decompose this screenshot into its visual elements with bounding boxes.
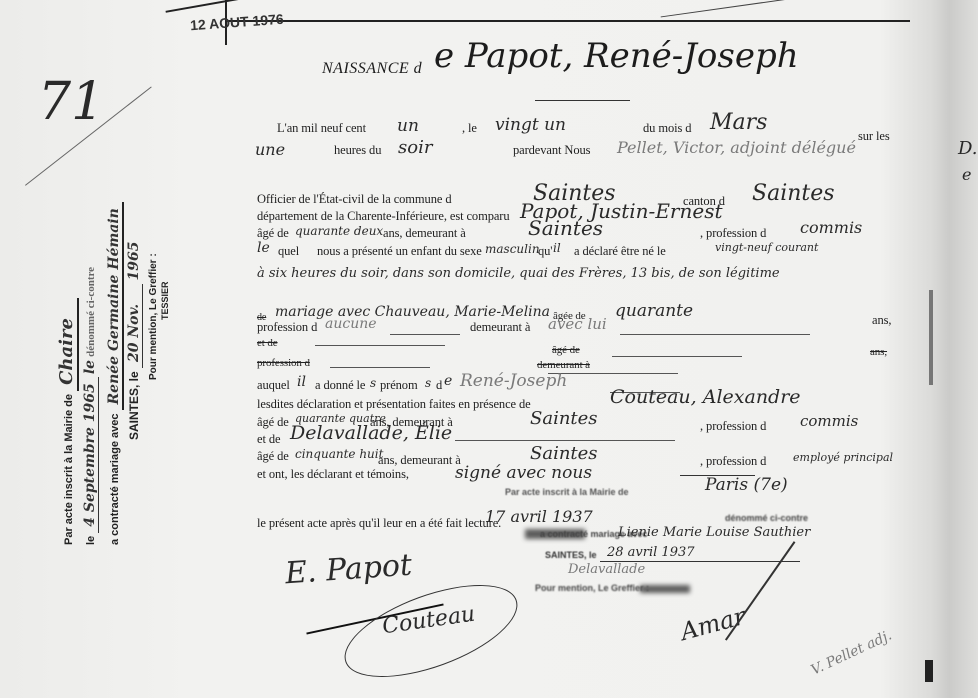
- margin-line2-hw: 4 Septembre 1965: [82, 377, 99, 533]
- declarant-age-hw: quarante deux: [295, 224, 383, 238]
- declarant-residence-hw: Saintes: [528, 216, 603, 240]
- margin-line2-prefix: le: [85, 536, 97, 545]
- line12-donne: a donné le: [315, 378, 365, 393]
- line9-rule2: [620, 334, 810, 335]
- line6-declare: a déclaré être né le: [574, 244, 666, 259]
- line11-struck-demeurant: demeurant à: [537, 359, 590, 371]
- line1-sur-les: sur les: [858, 129, 890, 144]
- line11-struck-profession: profession d: [257, 357, 310, 369]
- margin-line3-printed: a contracté mariage avec: [109, 414, 121, 545]
- line1-comma-le: , le: [462, 121, 477, 136]
- margin-line1-hw: Chaire: [56, 298, 79, 391]
- line1-mois: du mois d: [643, 121, 691, 136]
- line15-et-de: et de: [257, 432, 280, 447]
- margin-line4-printed: SAINTES, le: [127, 371, 141, 440]
- officer-signature: V. Pellet adj.: [809, 627, 895, 678]
- stamp-line5: Pour mention, Le Greffier :: [535, 583, 649, 593]
- line8-ans: ans,: [872, 313, 891, 328]
- line10-rule1: [315, 345, 445, 346]
- line4-departement: département de la Charente-Inférieure, e…: [257, 209, 510, 224]
- witness1-residence-hw: Saintes: [530, 408, 598, 429]
- line12-pronoun-hw: il: [297, 374, 306, 390]
- line16-profession: , profession d: [700, 454, 766, 469]
- mother-age-hw: quarante: [615, 301, 693, 321]
- line14-age-de: âgé de: [257, 415, 289, 430]
- title-printed: NAISSANCE d: [322, 60, 422, 78]
- line9-profession: profession d: [257, 320, 317, 335]
- title-handwritten: e Papot, René-Joseph: [434, 36, 799, 76]
- margin-line4-hw: 20 Nov.: [126, 284, 143, 368]
- canton-hw: Saintes: [752, 181, 835, 206]
- top-rule: [225, 20, 910, 22]
- line16-demeurant: ans, demeurant à: [378, 453, 461, 468]
- margin-line3: a contracté mariage avec Renée Germaine …: [106, 202, 122, 545]
- title-underline: [535, 100, 630, 101]
- margin-line5: Pour mention, Le Greffier :: [148, 253, 159, 380]
- margin-line2-hw2: le: [82, 360, 98, 374]
- birth-date-hw: vingt-neuf courant: [715, 241, 818, 254]
- line5-age-de: âgé de: [257, 226, 289, 241]
- line12-auquel: auquel: [257, 378, 290, 393]
- witness2-signature: Amar: [677, 602, 748, 646]
- witness1-hw: Couteau, Alexandre: [610, 386, 801, 408]
- line10-struck-et-de: et de: [257, 337, 278, 349]
- line14-profession: , profession d: [700, 419, 766, 434]
- line6-presente: nous a présenté un enfant du sexe: [317, 244, 482, 259]
- register-number: 71: [38, 72, 104, 132]
- line11-rule2: [548, 373, 678, 374]
- witness2-hw: Delavallade, Élie: [290, 422, 452, 444]
- line12-s1-hw: s: [370, 376, 376, 390]
- period-hw: soir: [398, 137, 432, 158]
- line5-profession: , profession d: [700, 226, 766, 241]
- mother-residence-hw: avec lui: [548, 315, 607, 333]
- birth-month-hw: Mars: [710, 110, 767, 135]
- father-signature: E. Papot: [284, 548, 413, 592]
- stamp-line1-hw: Paris (7e): [705, 475, 788, 495]
- witness2-residence-hw: Saintes: [530, 443, 598, 464]
- signed-hw: signé avec nous: [455, 463, 592, 483]
- line18-lecture: le présent acte après qu'il leur en a ét…: [257, 516, 501, 531]
- witness2-profession-hw: employé principal: [793, 451, 893, 464]
- line10-rule2: [612, 356, 742, 357]
- birth-day-hw: vingt un: [495, 115, 566, 135]
- top-flourish: [166, 0, 255, 13]
- margin-line2: le 4 Septembre 1965 le dénommé ci-contre: [82, 267, 98, 545]
- birth-year-hw: un: [397, 116, 419, 136]
- line6-quel: quel: [278, 244, 299, 259]
- margin-line1-printed: Par acte inscrit à la Mairie de: [63, 394, 75, 545]
- line5-demeurant: ans, demeurant à: [383, 226, 466, 241]
- line9-rule1: [390, 334, 460, 335]
- line12-e-hw: e: [444, 373, 452, 389]
- stamp-line1: Par acte inscrit à la Mairie de: [505, 487, 629, 497]
- birth-record-page: 12 AOUT 1976 NAISSANCE d e Papot, René-J…: [0, 0, 978, 698]
- line12-d: d: [436, 378, 442, 393]
- declarant-profession-hw: commis: [800, 218, 862, 237]
- greffier-signature: Delavallade: [568, 562, 645, 577]
- margin-line4-year: 1965: [126, 242, 142, 281]
- sex-hw: masculin: [485, 242, 540, 256]
- line10-struck-ans: ans,: [870, 346, 887, 358]
- stamp-line2: dénommé ci-contre: [725, 513, 808, 523]
- mother-profession-hw: aucune: [325, 316, 377, 332]
- line2-pardevant: pardevant Nous: [513, 143, 590, 158]
- line17-ont: et ont, les déclarant et témoins,: [257, 467, 409, 482]
- date-stamp: 12 AOUT 1976: [190, 11, 285, 33]
- margin-line2-printed: dénommé ci-contre: [85, 267, 97, 357]
- line6-qu: qu': [538, 244, 552, 259]
- mother-hw: mariage avec Chauveau, Marie-Melina: [275, 304, 550, 320]
- line16-age-de: âgé de: [257, 449, 289, 464]
- margin-line3-hw: Renée Germaine Hémain: [106, 202, 124, 410]
- line6-le-hw: le: [257, 240, 270, 256]
- line12-s2-hw: s: [425, 376, 431, 390]
- line10-struck-age-de: âgé de: [552, 344, 580, 356]
- margin-line4: SAINTES, le 20 Nov. 1965: [126, 242, 142, 440]
- line12-prenom: prénom: [380, 378, 418, 393]
- witness2-age-hw: cinquante huit: [295, 447, 383, 461]
- top-flourish-right: [661, 0, 810, 17]
- margin-line1: Par acte inscrit à la Mairie de Chaire: [56, 298, 77, 545]
- line3-officier: Officier de l'État-civil de la commune d: [257, 192, 451, 207]
- margin-line6: TESSIER: [160, 281, 170, 320]
- line15-rule: [455, 440, 675, 441]
- page-fold-shadow: [930, 0, 978, 698]
- stamp-line3-hw: Lienie Marie Louise Sauthier: [618, 525, 810, 540]
- line13-presence: lesdites déclaration et présentation fai…: [257, 397, 531, 412]
- line11-rule1: [330, 367, 430, 368]
- witness2-signature-stroke: [725, 541, 795, 640]
- officer-hw: Pellet, Victor, adjoint délégué: [617, 138, 856, 157]
- given-names-hw: René-Joseph: [460, 371, 567, 391]
- hour-hw: une: [255, 140, 285, 159]
- birth-place-hw: à six heures du soir, dans son domicile,…: [257, 266, 780, 281]
- line2-heures: heures du: [334, 143, 381, 158]
- stamp-line4: SAINTES, le: [545, 550, 597, 560]
- line1-text: L'an mil neuf cent: [277, 121, 366, 136]
- witness1-profession-hw: commis: [800, 412, 858, 430]
- stamp-line4-hw: 28 avril 1937: [607, 545, 695, 560]
- line6-pronoun-hw: il: [553, 241, 561, 255]
- line9-demeurant: demeurant à: [470, 320, 530, 335]
